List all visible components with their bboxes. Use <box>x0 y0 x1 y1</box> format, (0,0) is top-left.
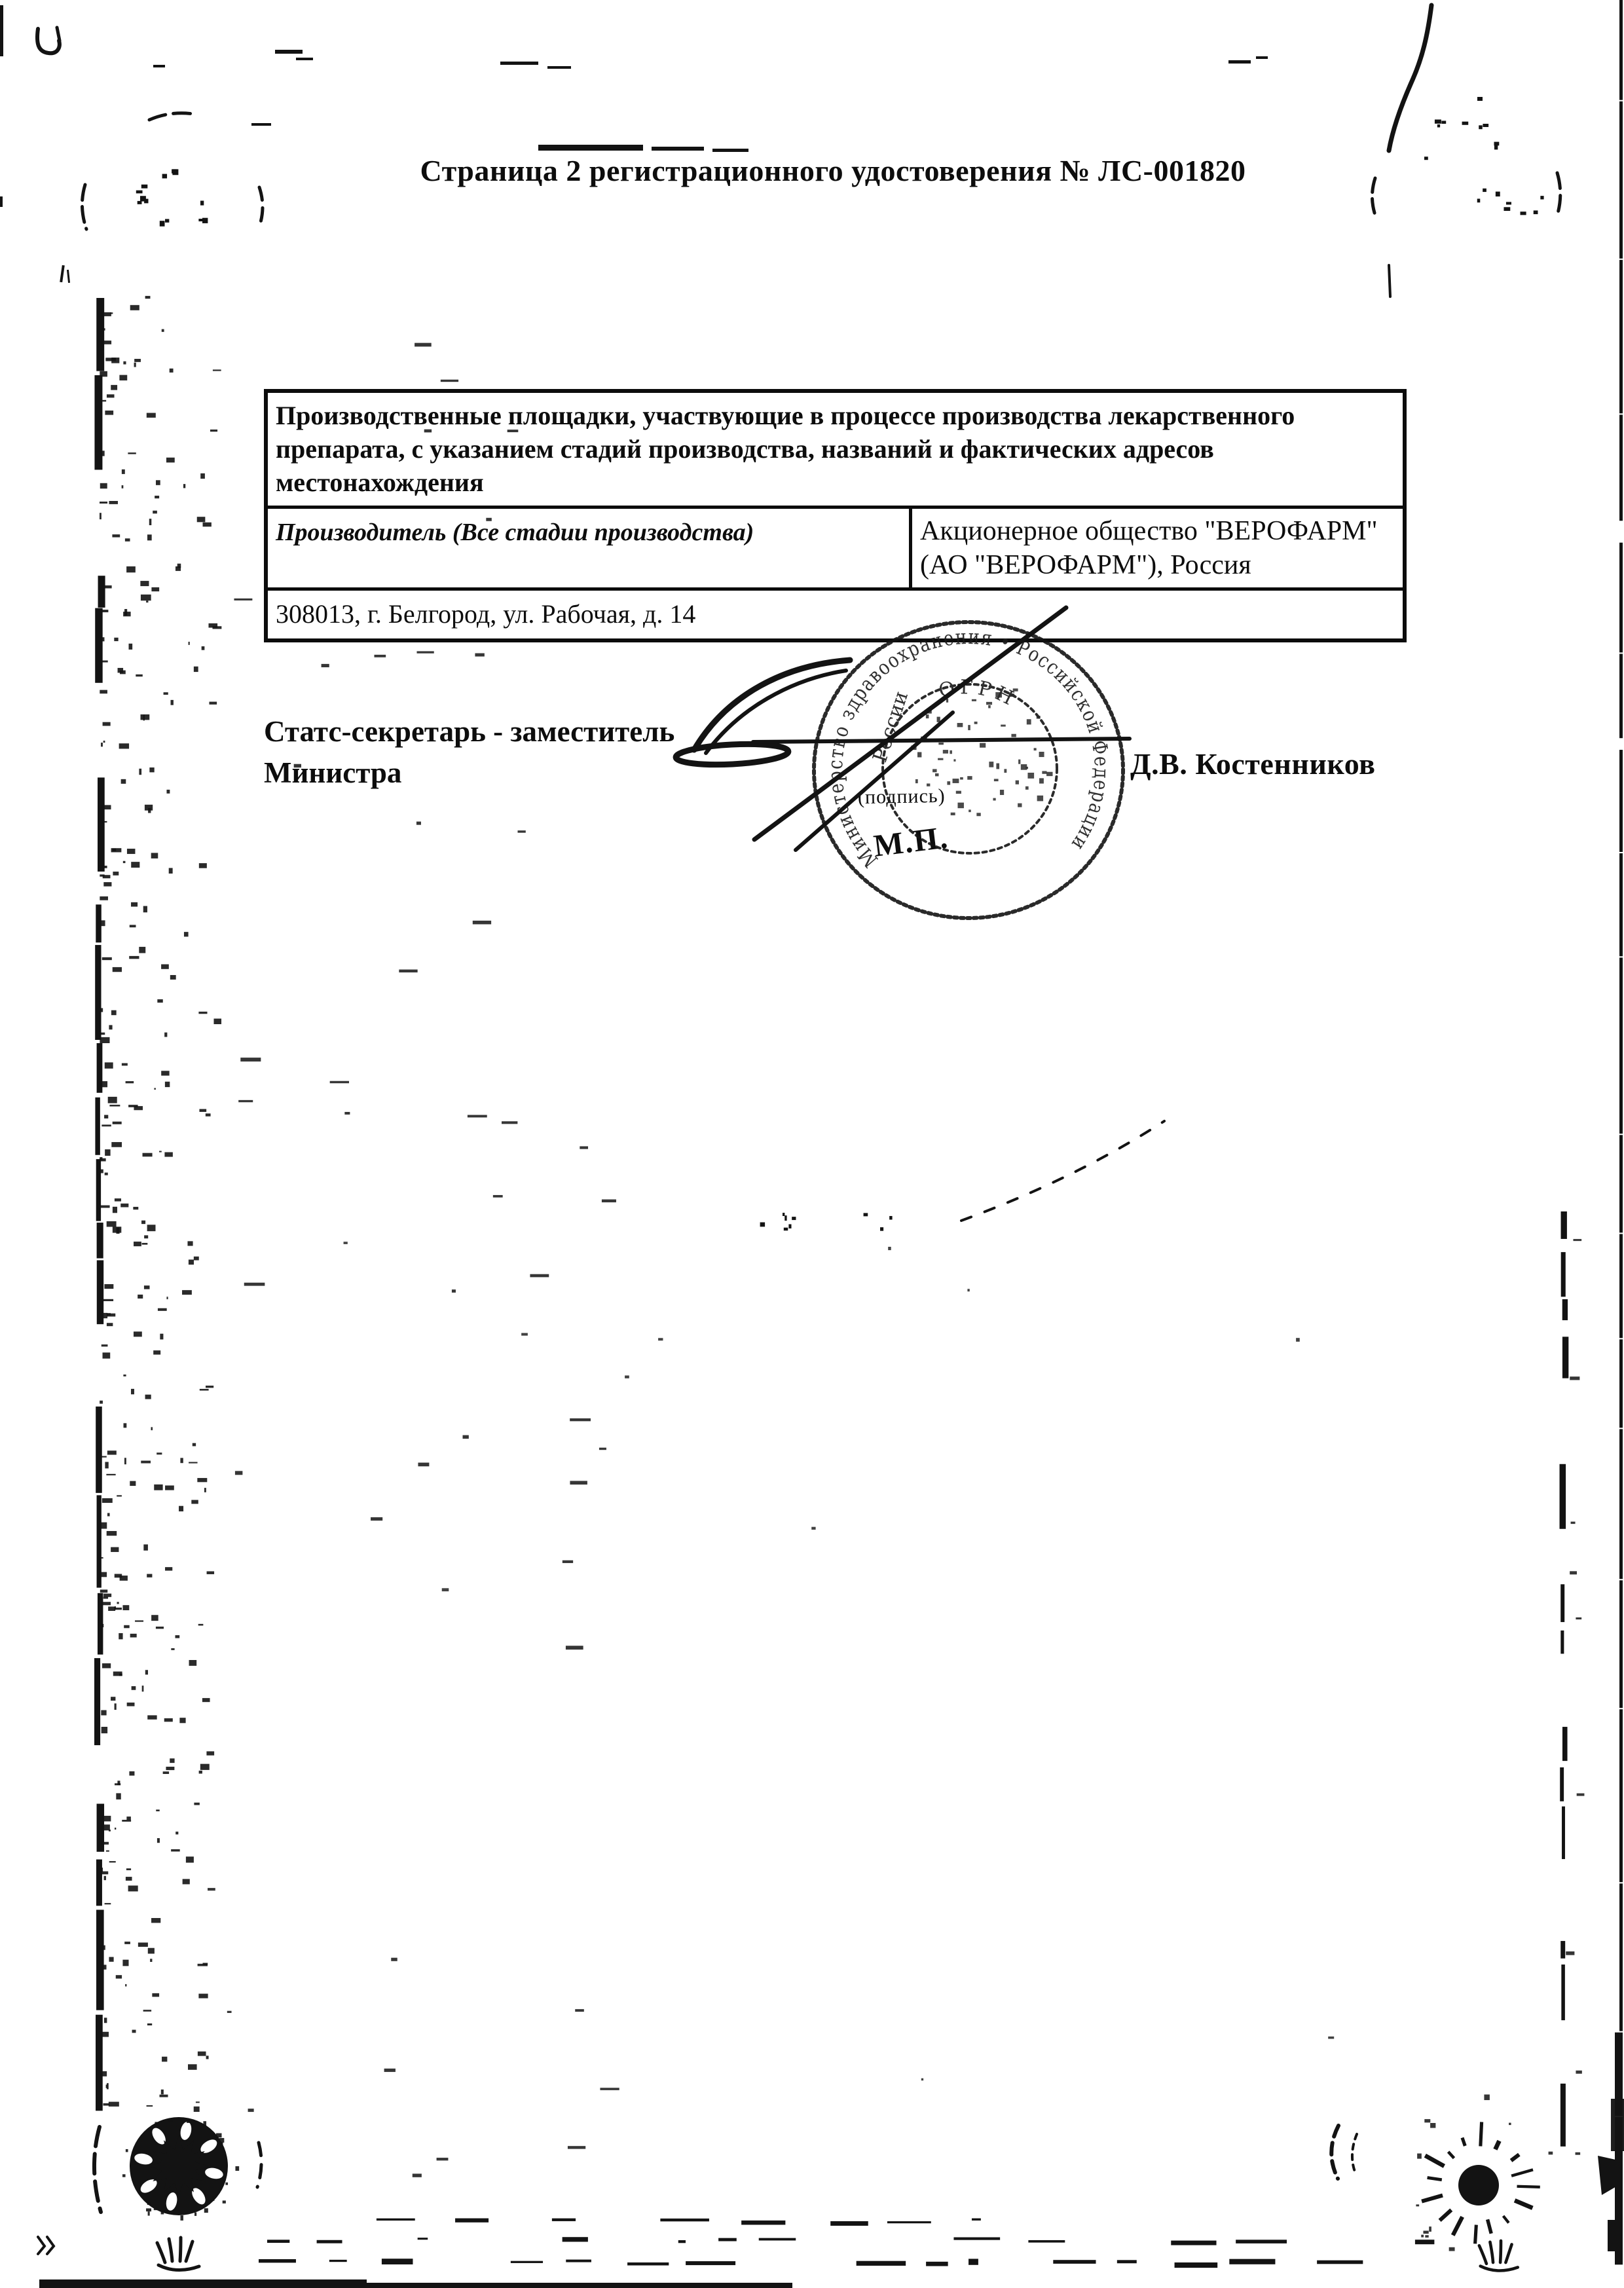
claw-mark <box>157 2238 199 2270</box>
mid-page-artifacts <box>961 1121 1164 1221</box>
signature-caption: (подпись) <box>858 785 946 809</box>
signatory-name: Д.В. Костенников <box>1130 747 1375 781</box>
producer-label-cell: Производитель (Все стадии производства) <box>268 509 912 587</box>
scan-noise <box>94 0 1624 2268</box>
claw-mark <box>1479 2241 1518 2271</box>
stamp-rossii-text: России <box>868 688 913 765</box>
bottom-bar <box>39 2279 792 2288</box>
stamp-ring-text: Министерство здравоохранения • Российско… <box>824 625 1113 872</box>
production-sites-table: Производственные площадки, участвующие в… <box>264 389 1407 642</box>
top-margin-artifacts <box>0 5 1560 297</box>
bottom-left-rosette <box>38 2117 261 2254</box>
scanned-certificate-page: Страница 2 регистрационного удостоверени… <box>0 0 1624 2288</box>
stamp-ogrn-text: ОГРН <box>936 676 1020 711</box>
signatory-position: Статс-секретарь - заместитель Министра <box>264 711 748 794</box>
producer-value-cell: Акционерное общество "ВЕРОФАРМ" (АО "ВЕР… <box>912 509 1403 587</box>
producer-row: Производитель (Все стадии производства) … <box>268 509 1403 591</box>
address-cell: 308013, г. Белгород, ул. Рабочая, д. 14 <box>268 591 1403 638</box>
scan-artifacts-layer: Министерство здравоохранения • Российско… <box>0 0 1624 2288</box>
seal-place-mark: М.П. <box>872 819 950 864</box>
bottom-right-sunburst <box>1331 2122 1621 2251</box>
page-title: Страница 2 регистрационного удостоверени… <box>42 153 1624 188</box>
ministry-stamp: Министерство здравоохранения • Российско… <box>814 622 1123 918</box>
table-title-cell: Производственные площадки, участвующие в… <box>268 393 1403 509</box>
